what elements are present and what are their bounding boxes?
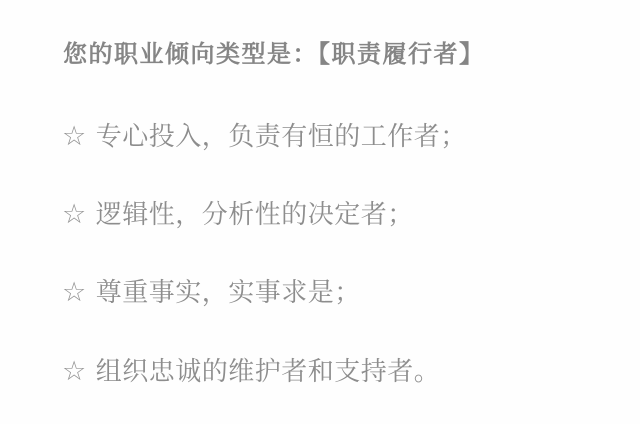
star-icon: ☆ (62, 355, 87, 387)
star-icon: ☆ (62, 276, 87, 308)
star-icon: ☆ (62, 120, 87, 152)
trait-item: ☆ 组织忠诚的维护者和支持者。 (62, 355, 440, 387)
trait-text: 逻辑性，分析性的决定者； (96, 198, 414, 230)
trait-text: 组织忠诚的维护者和支持者。 (96, 355, 441, 387)
trait-item: ☆ 尊重事实，实事求是； (62, 276, 361, 308)
trait-text: 专心投入，负责有恒的工作者； (96, 120, 467, 152)
result-page: 您的职业倾向类型是：【职责履行者】 ☆ 专心投入，负责有恒的工作者； ☆ 逻辑性… (0, 0, 640, 424)
trait-text: 尊重事实，实事求是； (96, 276, 361, 308)
trait-item: ☆ 专心投入，负责有恒的工作者； (62, 120, 467, 152)
trait-item: ☆ 逻辑性，分析性的决定者； (62, 198, 414, 230)
page-title: 您的职业倾向类型是：【职责履行者】 (63, 40, 485, 70)
star-icon: ☆ (62, 198, 87, 230)
